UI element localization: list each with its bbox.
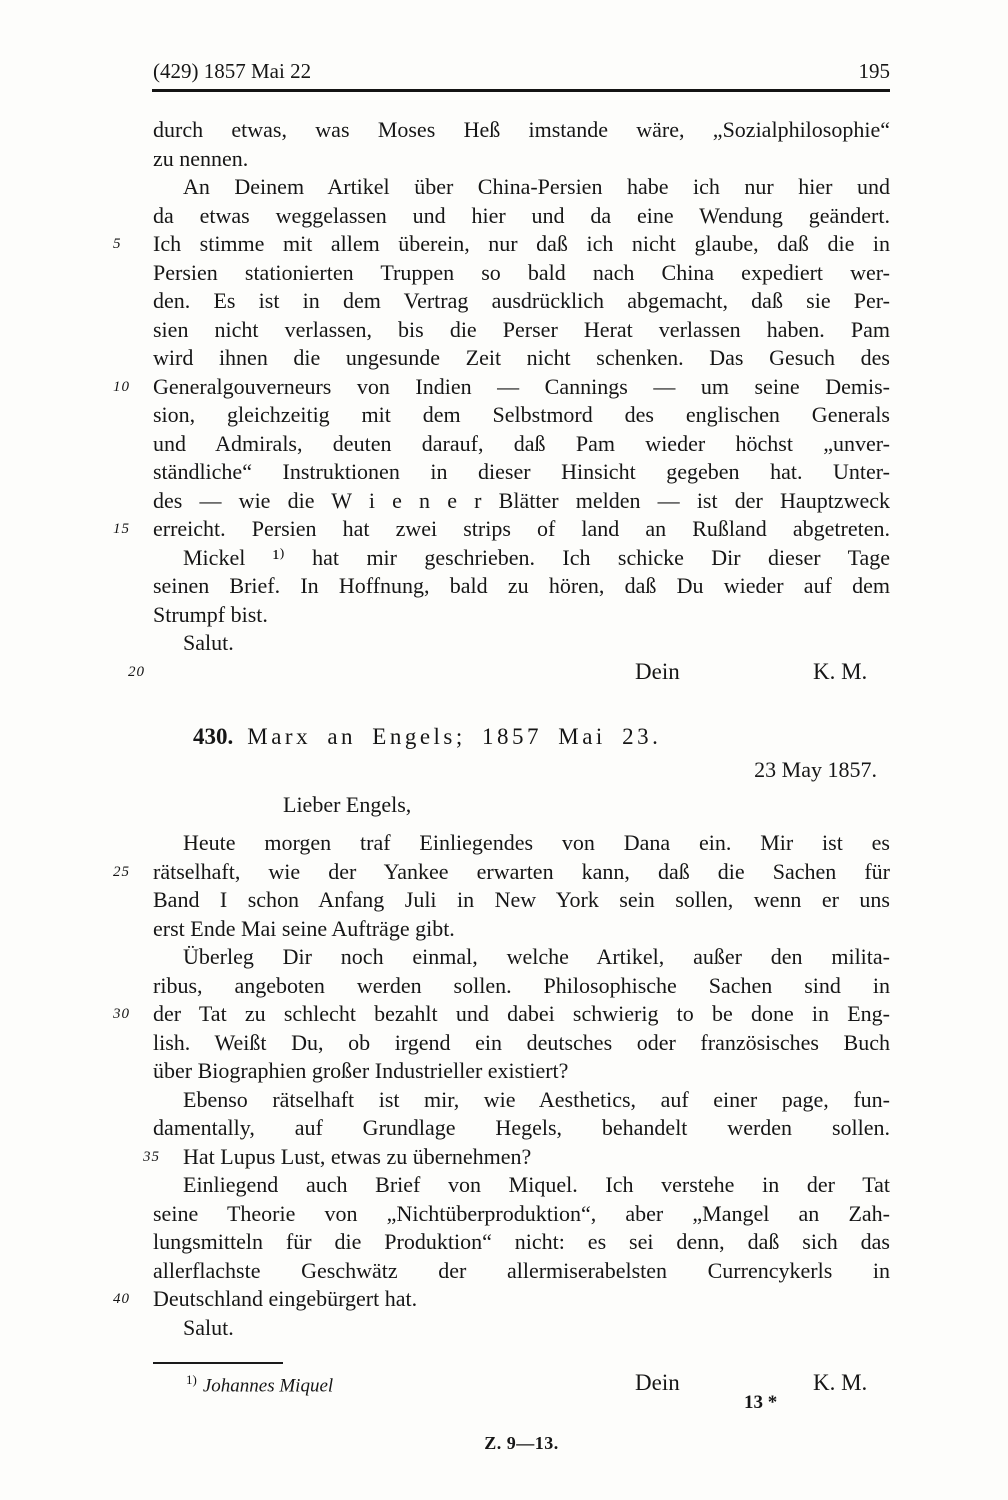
valediction: Dein xyxy=(635,1369,680,1398)
letter-date-line: 23 May 1857. xyxy=(153,757,890,783)
text-line: und Admirals, deuten darauf, daß Pam wie… xyxy=(153,430,890,459)
margin-line-number: 40 xyxy=(113,1288,145,1310)
text-line: zu nennen. xyxy=(153,145,890,174)
line-text: Ebenso rätselhaft ist mir, wie Aesthetic… xyxy=(183,1087,890,1112)
letter-number: 430. xyxy=(193,724,233,749)
text-line: Strumpf bist. xyxy=(153,601,890,630)
text-line: 30der Tat zu schlecht bezahlt und dabei … xyxy=(153,1000,890,1029)
letter-430-body: Heute morgen traf Einliegendes von Dana … xyxy=(153,829,890,1342)
line-text: allerflachste Geschwätz der allermiserab… xyxy=(153,1258,890,1283)
line-text: An Deinem Artikel über China-Persien hab… xyxy=(183,174,890,199)
line-text: und Admirals, deuten darauf, daß Pam wie… xyxy=(153,431,890,456)
signature-initials: K. M. xyxy=(813,658,867,687)
line-text: Einliegend auch Brief von Miquel. Ich ve… xyxy=(183,1172,890,1197)
text-line: Mickel ¹⁾ hat mir geschrieben. Ich schic… xyxy=(153,544,890,573)
text-line: seinen Brief. In Hoffnung, bald zu hören… xyxy=(153,572,890,601)
line-text: Mickel ¹⁾ hat mir geschrieben. Ich schic… xyxy=(183,545,890,570)
text-line: des — wie die W i e n e r Blätter melden… xyxy=(153,487,890,516)
text-line: ständliche“ Instruktionen in dieser Hins… xyxy=(153,458,890,487)
signature-initials: K. M. xyxy=(813,1369,867,1398)
line-text: Hat Lupus Lust, etwas zu übernehmen? xyxy=(183,1144,531,1169)
line-text: Salut. xyxy=(183,1315,234,1340)
running-head-date: (429) 1857 Mai 22 xyxy=(153,58,311,84)
line-text: Generalgouverneurs von Indien — Cannings… xyxy=(153,374,890,399)
header-rule xyxy=(152,89,890,92)
text-line: Persien stationierten Truppen so bald na… xyxy=(153,259,890,288)
line-text: sion, gleichzeitig mit dem Selbstmord de… xyxy=(153,402,890,427)
text-line: erst Ende Mai seine Aufträge gibt. xyxy=(153,915,890,944)
line-text: über Biographien großer Industrieller ex… xyxy=(153,1058,568,1083)
margin-line-number: 15 xyxy=(113,518,145,540)
text-line: Heute morgen traf Einliegendes von Dana … xyxy=(153,829,890,858)
line-text: Strumpf bist. xyxy=(153,602,268,627)
text-line: über Biographien großer Industrieller ex… xyxy=(153,1057,890,1086)
text-line: lish. Weißt Du, ob irgend ein deutsches … xyxy=(153,1029,890,1058)
footnote: 1)Johannes Miquel xyxy=(186,1368,333,1398)
margin-line-number: 20 xyxy=(113,661,145,683)
text-line: Salut. xyxy=(153,1314,890,1343)
margin-line-number: 35 xyxy=(113,1146,145,1168)
letter-heading-title: Marx an Engels; 1857 Mai 23. xyxy=(247,724,661,749)
line-text: lish. Weißt Du, ob irgend ein deutsches … xyxy=(153,1030,890,1055)
line-text: Band I schon Anfang Juli in New York sei… xyxy=(153,887,890,912)
text-line: sien nicht verlassen, bis die Perser Her… xyxy=(153,316,890,345)
line-text: Überleg Dir noch einmal, welche Artikel,… xyxy=(183,944,890,969)
text-line: Überleg Dir noch einmal, welche Artikel,… xyxy=(153,943,890,972)
line-text: Salut. xyxy=(183,630,234,655)
margin-line-number: 10 xyxy=(113,376,145,398)
text-line: Einliegend auch Brief von Miquel. Ich ve… xyxy=(153,1171,890,1200)
book-page: (429) 1857 Mai 22 195 durch etwas, was M… xyxy=(0,0,1008,1500)
line-text: der Tat zu schlecht bezahlt und dabei sc… xyxy=(153,1001,890,1026)
footnote-rule xyxy=(153,1362,283,1364)
text-line: den. Es ist in dem Vertrag ausdrücklich … xyxy=(153,287,890,316)
valediction: Dein xyxy=(635,658,680,687)
page-number: 195 xyxy=(859,58,891,84)
line-text: rätselhaft, wie der Yankee erwarten kann… xyxy=(153,859,890,884)
text-line: 25rätselhaft, wie der Yankee erwarten ka… xyxy=(153,858,890,887)
text-line: Salut. xyxy=(153,629,890,658)
letter-429-closing: 20 Dein K. M. xyxy=(153,658,890,687)
line-text: ständliche“ Instruktionen in dieser Hins… xyxy=(153,459,890,484)
footnote-marker: 1) xyxy=(186,1372,197,1387)
text-line: 35Hat Lupus Lust, etwas zu übernehmen? xyxy=(153,1143,890,1172)
text-line: Ebenso rätselhaft ist mir, wie Aesthetic… xyxy=(153,1086,890,1115)
line-text: durch etwas, was Moses Heß imstande wäre… xyxy=(153,117,890,142)
line-text: damentally, auf Grundlage Hegels, behand… xyxy=(153,1115,890,1140)
salutation: Lieber Engels, xyxy=(153,792,890,818)
line-text: Deutschland eingebürgert hat. xyxy=(153,1286,417,1311)
text-line: Band I schon Anfang Juli in New York sei… xyxy=(153,886,890,915)
line-text: ribus, angeboten werden sollen. Philosop… xyxy=(153,973,890,998)
line-text: den. Es ist in dem Vertrag ausdrücklich … xyxy=(153,288,890,313)
text-line: seine Theorie von „Nichtüberproduktion“,… xyxy=(153,1200,890,1229)
line-text: des — wie die W i e n e r Blätter melden… xyxy=(153,488,890,513)
text-line: 5Ich stimme mit allem überein, nur daß i… xyxy=(153,230,890,259)
running-head: (429) 1857 Mai 22 195 xyxy=(153,58,890,84)
margin-line-number: 25 xyxy=(113,861,145,883)
text-line: 10Generalgouverneurs von Indien — Cannin… xyxy=(153,373,890,402)
line-text: Ich stimme mit allem überein, nur daß ic… xyxy=(153,231,890,256)
line-text: zu nennen. xyxy=(153,146,248,171)
line-text: seine Theorie von „Nichtüberproduktion“,… xyxy=(153,1201,890,1226)
signature-mark: 13 * xyxy=(744,1392,777,1414)
line-text: da etwas weggelassen und hier und da ein… xyxy=(153,203,890,228)
text-line: durch etwas, was Moses Heß imstande wäre… xyxy=(153,116,890,145)
margin-line-number: 30 xyxy=(113,1003,145,1025)
text-line: wird ihnen die ungesunde Zeit nicht sche… xyxy=(153,344,890,373)
line-text: Persien stationierten Truppen so bald na… xyxy=(153,260,890,285)
line-text: wird ihnen die ungesunde Zeit nicht sche… xyxy=(153,345,890,370)
line-text: seinen Brief. In Hoffnung, bald zu hören… xyxy=(153,573,890,598)
text-line: lungsmitteln für die Produktion“ nicht: … xyxy=(153,1228,890,1257)
line-text: Heute morgen traf Einliegendes von Dana … xyxy=(183,830,890,855)
text-line: An Deinem Artikel über China-Persien hab… xyxy=(153,173,890,202)
text-line: damentally, auf Grundlage Hegels, behand… xyxy=(153,1114,890,1143)
text-line: 40Deutschland eingebürgert hat. xyxy=(153,1285,890,1314)
text-line: sion, gleichzeitig mit dem Selbstmord de… xyxy=(153,401,890,430)
line-text: erreicht. Persien hat zwei strips of lan… xyxy=(153,516,890,541)
text-line: da etwas weggelassen und hier und da ein… xyxy=(153,202,890,231)
line-text: sien nicht verlassen, bis die Perser Her… xyxy=(153,317,890,342)
margin-line-number: 5 xyxy=(113,233,145,255)
text-line: allerflachste Geschwätz der allermiserab… xyxy=(153,1257,890,1286)
text-line: 15erreicht. Persien hat zwei strips of l… xyxy=(153,515,890,544)
letter-430-heading: 430.Marx an Engels; 1857 Mai 23. xyxy=(153,722,890,752)
line-text: erst Ende Mai seine Aufträge gibt. xyxy=(153,916,455,941)
letter-429-body: durch etwas, was Moses Heß imstande wäre… xyxy=(153,116,890,658)
text-line: ribus, angeboten werden sollen. Philosop… xyxy=(153,972,890,1001)
line-text: lungsmitteln für die Produktion“ nicht: … xyxy=(153,1229,890,1254)
apparatus-note: Z. 9—13. xyxy=(153,1433,890,1454)
footnote-text: Johannes Miquel xyxy=(203,1375,333,1396)
